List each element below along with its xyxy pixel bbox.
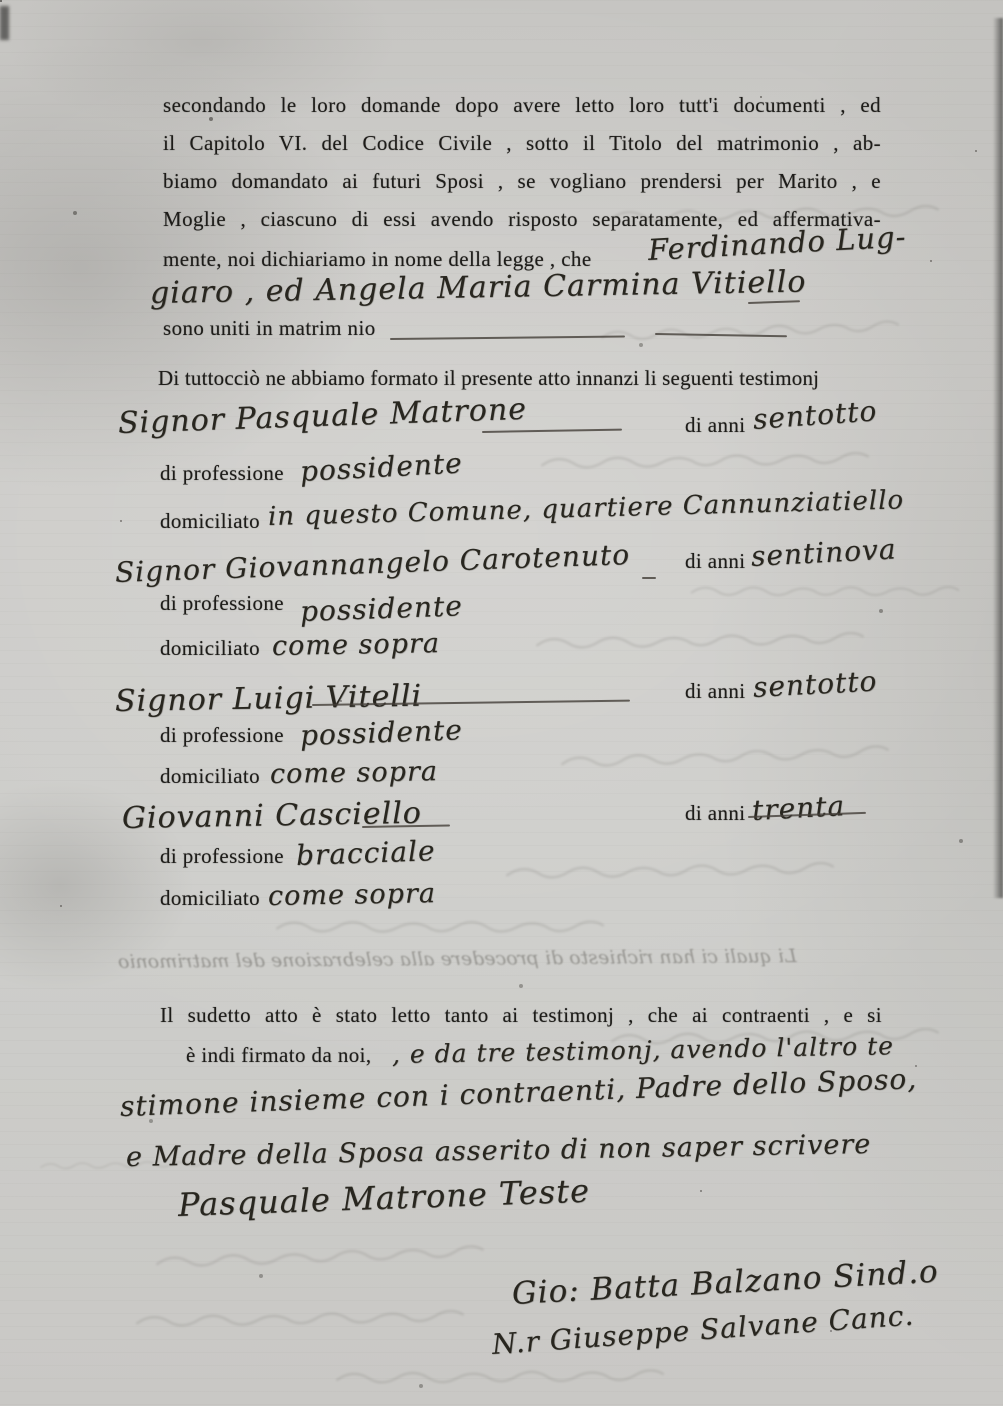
witness-2-name: Signor Giovannangelo Carotenuto	[114, 538, 630, 589]
witness-1-profession: possidente	[299, 447, 463, 488]
scan-corner-mark	[0, 6, 9, 40]
bleed-squiggle	[450, 632, 950, 654]
witness-4-domicile: come sopra	[268, 878, 436, 912]
witness-2-domicile: come sopra	[272, 628, 440, 662]
witness-1-name: Signor Pasquale Matrone	[117, 392, 527, 441]
witness-signature: Pasquale Matrone Teste	[177, 1172, 590, 1224]
witness-1-domicile-label: domiciliato	[160, 509, 260, 534]
witness-4-domicile-label: domiciliato	[160, 886, 260, 911]
blank-rule	[390, 336, 625, 340]
ink-dash	[642, 577, 656, 579]
closing-handwriting-2: stimone insieme con i contraenti, Padre …	[119, 1062, 917, 1123]
bleed-squiggle	[500, 744, 950, 774]
attestation-line: Di tuttocciò ne abbiamo formato il prese…	[158, 366, 819, 391]
witness-1-age-label: di anni	[685, 413, 746, 438]
witness-1-profession-label: di professione	[160, 461, 284, 486]
bleed-squiggle	[450, 862, 890, 884]
body-line-5: mente, noi dichiariamo in nome della leg…	[163, 247, 592, 272]
bleed-squiggle	[470, 452, 940, 474]
witness-3-domicile-label: domiciliato	[160, 764, 260, 789]
witness-2-age: sentinova	[750, 532, 897, 573]
married-line: sono uniti in matrim nio	[163, 316, 376, 341]
bleed-squiggle	[10, 1243, 630, 1276]
witness-4-age-label: di anni	[685, 801, 746, 826]
witness-3-profession: possidente	[299, 713, 463, 752]
closing-handwriting-3: e Madre della Sposa asserito di non sape…	[126, 1129, 872, 1173]
witness-2-profession-label: di professione	[160, 591, 284, 616]
marriage-act-scan-page: secondando le loro domande dopo avere le…	[0, 0, 1003, 1406]
witness-3-profession-label: di professione	[160, 723, 284, 748]
bleedthrough-text: Li quali ci han richiesto di procedere a…	[118, 945, 797, 973]
bleed-squiggle	[600, 319, 900, 346]
ink-dash	[748, 300, 800, 304]
closing-line-1: Il sudetto atto è stato letto tanto ai t…	[160, 1005, 882, 1026]
witness-3-age: sentotto	[752, 665, 878, 704]
witness-2-profession: possidente	[299, 589, 463, 628]
bleed-squiggle	[180, 913, 700, 944]
body-line-1: secondando le loro domande dopo avere le…	[163, 95, 881, 116]
page-edge-shadow	[993, 18, 1003, 898]
witness-3-domicile: come sopra	[270, 756, 438, 790]
witness-4-profession: bracciale	[295, 834, 436, 872]
ink-dash	[482, 429, 622, 433]
witness-2-domicile-label: domiciliato	[160, 636, 260, 661]
body-line-3: biamo domandato ai futuri Sposi , se vog…	[163, 171, 881, 192]
witness-2-age-label: di anni	[685, 549, 746, 574]
witness-1-age: sentotto	[752, 394, 878, 436]
witness-4-age: trenta	[751, 789, 846, 827]
witness-3-name: Signor Luigi Vitelli	[115, 679, 423, 719]
witness-3-age-label: di anni	[685, 679, 746, 704]
closing-line-2: è indi firmato da noi,	[186, 1043, 372, 1068]
closing-handwriting-1: , e da tre testimonj, avendo l'altro te	[392, 1031, 894, 1069]
witness-1-domicile: in questo Comune, quartiere Cannunziatie…	[268, 485, 905, 532]
witness-4-name: Giovanni Casciello	[122, 796, 422, 836]
witness-4-profession-label: di professione	[160, 844, 284, 869]
bleed-squiggle	[60, 1364, 940, 1394]
bleed-squiggle	[690, 580, 960, 607]
paper-specks	[0, 0, 2, 2]
body-line-2: il Capitolo VI. del Codice Civile , sott…	[163, 133, 881, 154]
